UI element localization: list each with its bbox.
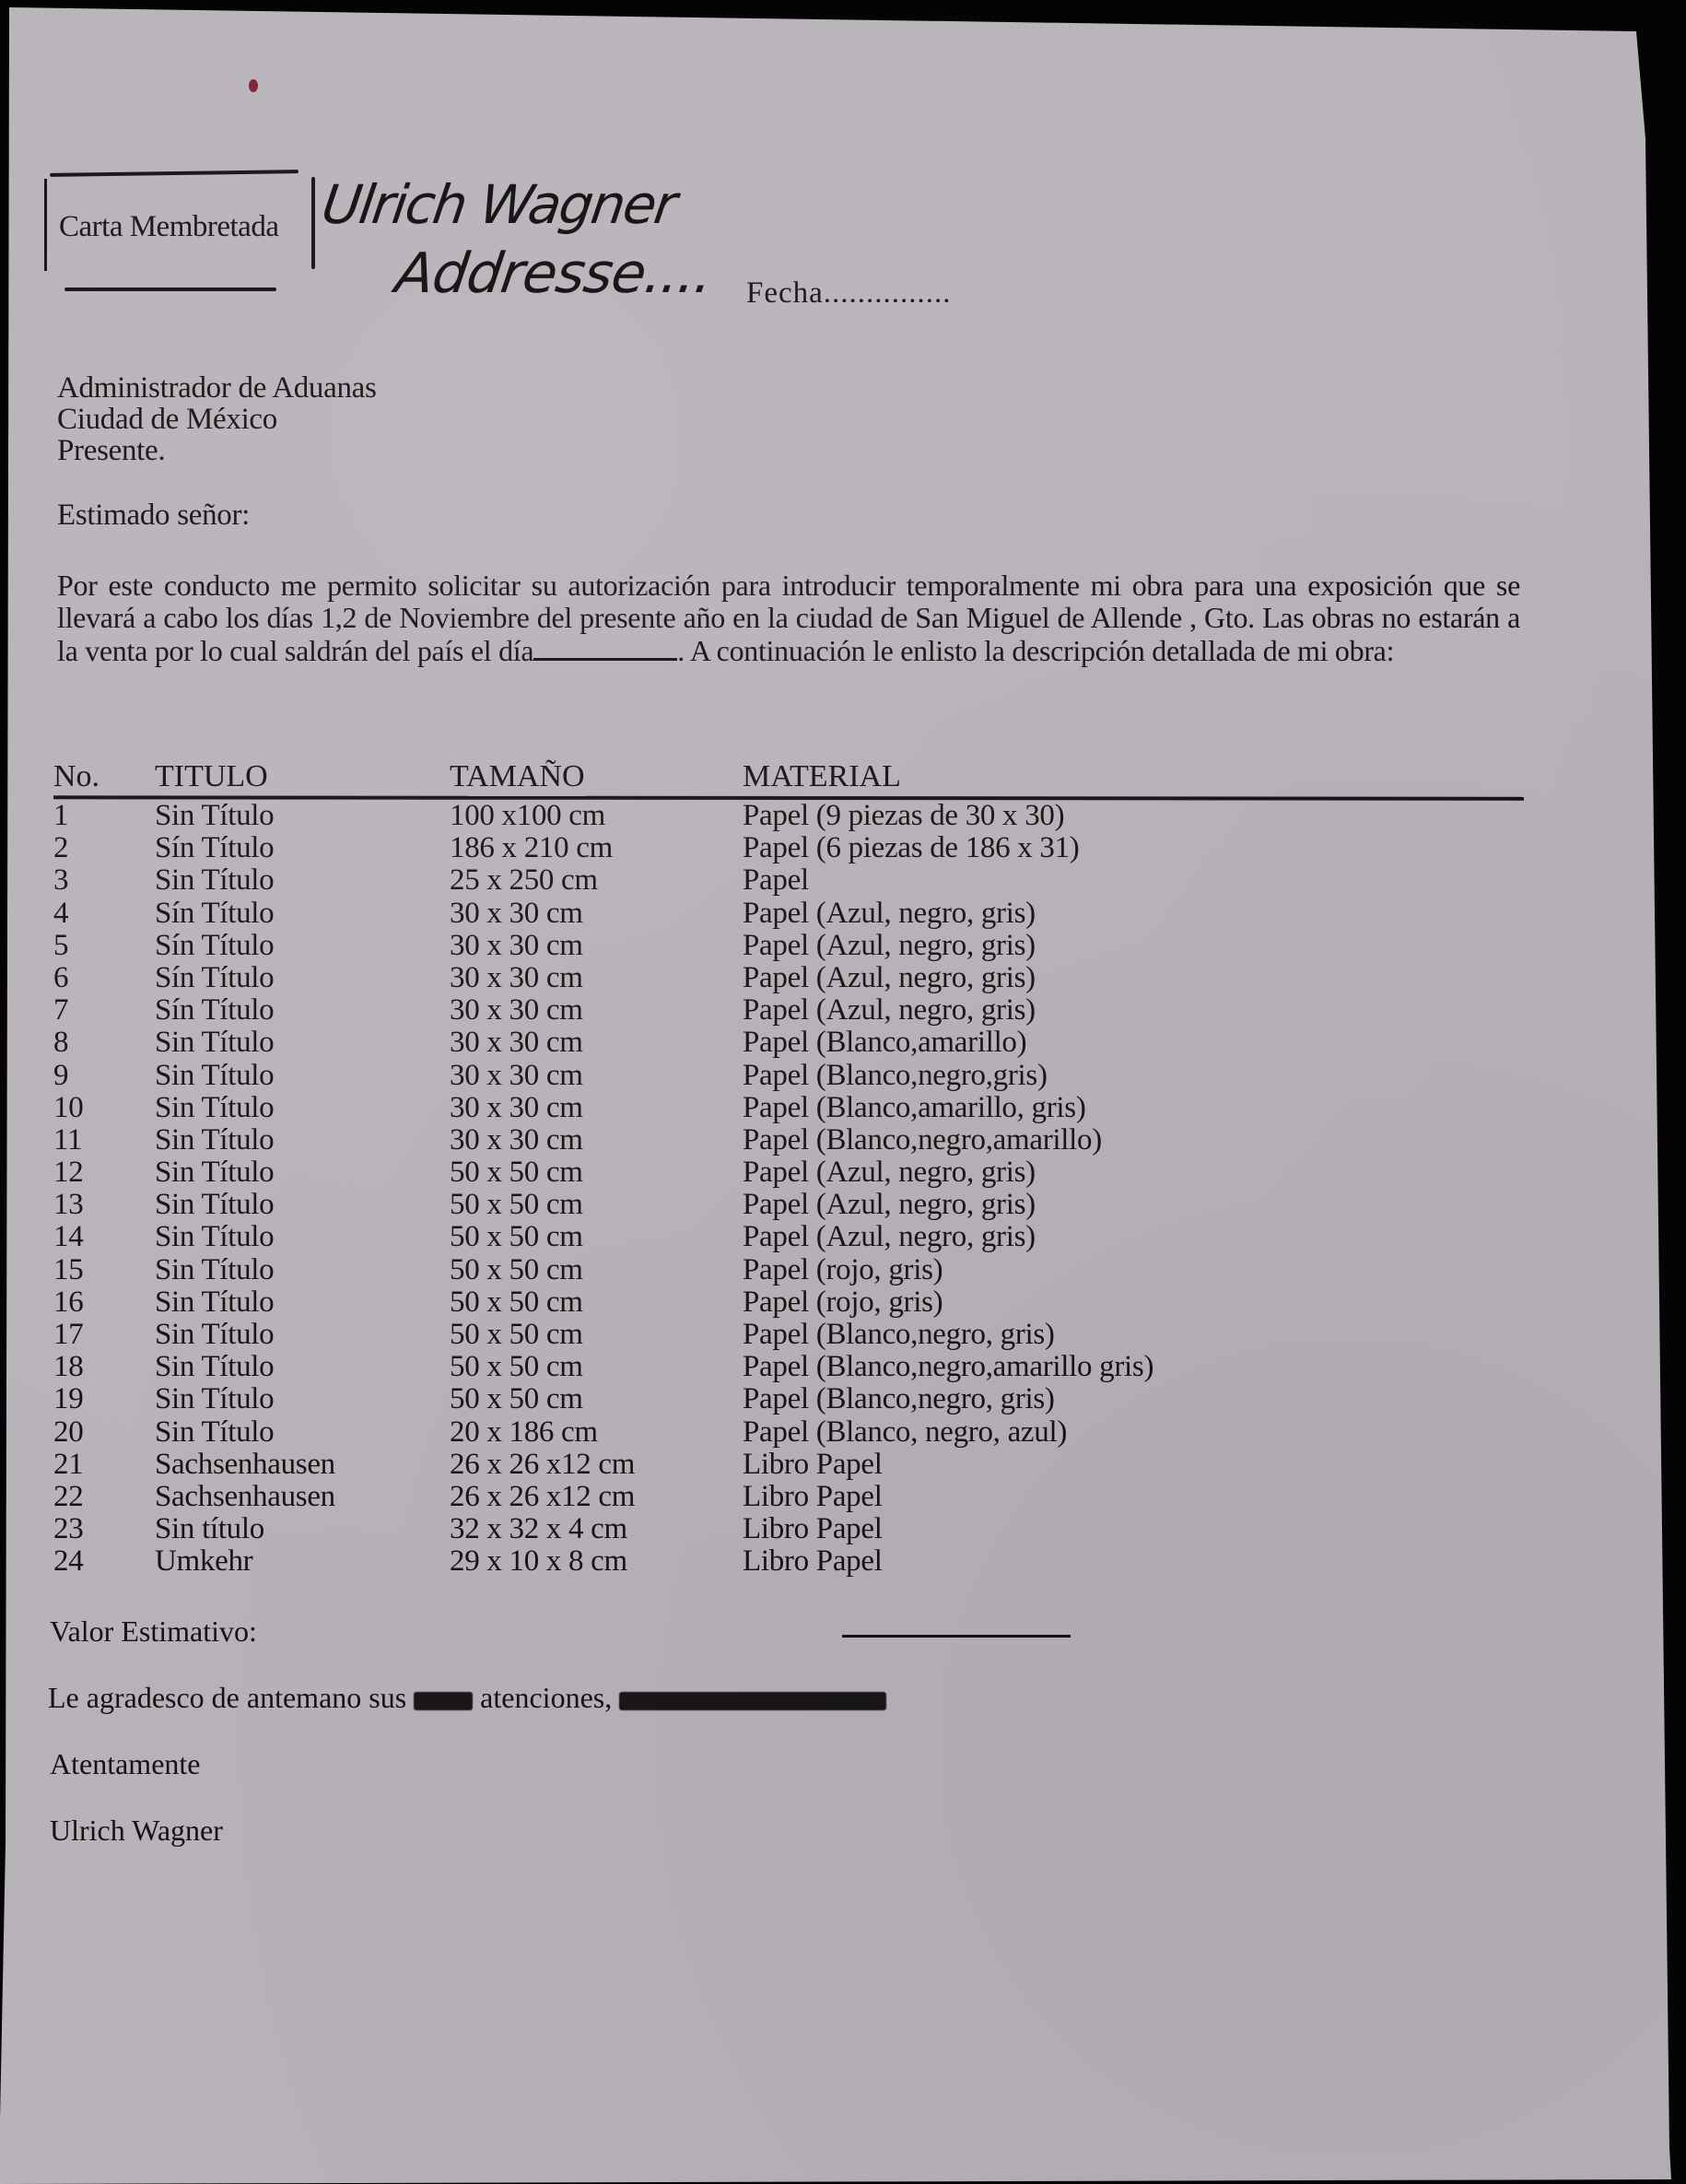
date-field: Fecha............... [746, 276, 952, 311]
cell-material: Papel (Blanco,negro, gris) [743, 1383, 1524, 1415]
cell-title: Sin Título [155, 1383, 450, 1415]
table-row: 14Sin Título50 x 50 cmPapel (Azul, negro… [53, 1221, 1524, 1253]
cell-material: Papel (rojo, gris) [743, 1254, 1524, 1286]
cell-no: 10 [53, 1092, 155, 1124]
header-material: MATERIAL [743, 759, 1524, 794]
closing: Atentamente [50, 1747, 200, 1781]
cell-title: Sin título [155, 1513, 450, 1545]
cell-title: Sin Título [155, 1124, 450, 1157]
cell-material: Libro Papel [743, 1449, 1524, 1481]
table-body: 1Sin Título100 x100 cmPapel (9 piezas de… [53, 800, 1524, 1579]
cell-material: Libro Papel [743, 1481, 1524, 1513]
header-title: TITULO [155, 759, 450, 794]
cell-no: 14 [53, 1221, 155, 1253]
cell-no: 2 [53, 832, 155, 864]
cell-size: 30 x 30 cm [450, 962, 743, 994]
table-row: 13Sin Título50 x 50 cmPapel (Azul, negro… [53, 1189, 1524, 1221]
cell-no: 24 [53, 1545, 155, 1578]
table-row: 11Sin Título30 x 30 cmPapel (Blanco,negr… [53, 1124, 1524, 1157]
cell-no: 11 [53, 1124, 155, 1157]
cell-material: Papel (Blanco,negro, gris) [743, 1319, 1524, 1351]
thanks-text: Le agradesco de antemano sus [48, 1681, 406, 1714]
cell-no: 21 [53, 1449, 155, 1481]
body-text-part2: . A continuación le enlisto la descripci… [677, 634, 1394, 667]
handwritten-address: Addresse.... [392, 241, 716, 306]
thanks-text-2: atenciones, [480, 1681, 612, 1714]
cell-size: 50 x 50 cm [450, 1189, 743, 1221]
cell-title: Sin Título [155, 1416, 450, 1449]
cell-size: 20 x 186 cm [450, 1416, 743, 1449]
cell-no: 7 [53, 994, 155, 1027]
cell-no: 13 [53, 1189, 155, 1221]
recipient-line: Ciudad de México [57, 404, 377, 435]
cell-title: Sin Título [155, 1157, 450, 1189]
table-row: 15Sin Título50 x 50 cmPapel (rojo, gris) [53, 1254, 1524, 1286]
cell-title: Sachsenhausen [155, 1481, 450, 1513]
letter-page: Carta Membretada Ulrich Wagner Addresse.… [0, 0, 1686, 2184]
cell-material: Papel (6 piezas de 186 x 31) [743, 832, 1524, 864]
cell-no: 19 [53, 1383, 155, 1415]
cell-title: Sin Título [155, 1189, 450, 1221]
cell-material: Papel (9 piezas de 30 x 30) [743, 800, 1524, 832]
cell-title: Sin Título [155, 1319, 450, 1351]
cell-title: Sin Título [155, 1254, 450, 1286]
cell-material: Papel (Blanco,negro,amarillo gris) [743, 1351, 1524, 1383]
cell-no: 16 [53, 1286, 155, 1319]
handwritten-name: Ulrich Wagner [318, 173, 679, 236]
header-no: No. [53, 759, 155, 794]
table-row: 5Sín Título30 x 30 cmPapel (Azul, negro,… [53, 930, 1524, 962]
cell-material: Papel [743, 864, 1524, 897]
table-row: 2Sín Título186 x 210 cmPapel (6 piezas d… [53, 832, 1524, 864]
cell-material: Papel (Azul, negro, gris) [743, 962, 1524, 994]
cell-size: 26 x 26 x12 cm [450, 1481, 743, 1513]
table-row: 22Sachsenhausen26 x 26 x12 cmLibro Papel [53, 1481, 1524, 1513]
table-row: 7Sín Título30 x 30 cmPapel (Azul, negro,… [53, 994, 1524, 1027]
header-rule [53, 795, 1524, 800]
cell-material: Libro Papel [743, 1545, 1524, 1578]
table-row: 9Sin Título30 x 30 cmPapel (Blanco,negro… [53, 1060, 1524, 1092]
table-row: 4Sín Título30 x 30 cmPapel (Azul, negro,… [53, 898, 1524, 930]
table-row: 18Sin Título50 x 50 cmPapel (Blanco,negr… [53, 1351, 1524, 1383]
cell-size: 50 x 50 cm [450, 1221, 743, 1253]
table-row: 10Sin Título30 x 30 cmPapel (Blanco,amar… [53, 1092, 1524, 1124]
table-row: 8Sin Título30 x 30 cmPapel (Blanco,amari… [53, 1027, 1524, 1059]
cell-material: Papel (Blanco,amarillo) [743, 1027, 1524, 1059]
table-row: 24Umkehr29 x 10 x 8 cmLibro Papel [53, 1545, 1524, 1578]
cell-size: 50 x 50 cm [450, 1254, 743, 1286]
recipient-line: Presente. [57, 435, 377, 466]
cell-size: 50 x 50 cm [450, 1157, 743, 1189]
cell-title: Sín Título [155, 898, 450, 930]
cell-material: Papel (Blanco,amarillo, gris) [743, 1092, 1524, 1124]
cell-no: 8 [53, 1027, 155, 1059]
cell-title: Sín Título [155, 930, 450, 962]
table-row: 6Sín Título30 x 30 cmPapel (Azul, negro,… [53, 962, 1524, 994]
cell-title: Sin Título [155, 800, 450, 832]
cell-no: 9 [53, 1060, 155, 1092]
cell-no: 20 [53, 1416, 155, 1449]
redacted-phrase [619, 1692, 886, 1710]
cell-no: 12 [53, 1157, 155, 1189]
valor-blank-line [842, 1635, 1071, 1638]
cell-size: 30 x 30 cm [450, 1092, 743, 1124]
table-row: 16Sin Título50 x 50 cmPapel (rojo, gris) [53, 1286, 1524, 1319]
letterhead-label: Carta Membretada [59, 210, 278, 244]
cell-size: 30 x 30 cm [450, 994, 743, 1027]
artwork-table: No. TITULO TAMAÑO MATERIAL 1Sin Título10… [53, 754, 1524, 1579]
recipient-block: Administrador de Aduanas Ciudad de Méxic… [57, 372, 377, 466]
cell-size: 186 x 210 cm [450, 832, 743, 864]
cell-material: Papel (Azul, negro, gris) [743, 1221, 1524, 1253]
cell-size: 25 x 250 cm [450, 864, 743, 897]
letterhead-top-line [50, 170, 299, 177]
cell-no: 3 [53, 864, 155, 897]
cell-title: Sin Título [155, 1221, 450, 1253]
cell-size: 32 x 32 x 4 cm [450, 1513, 743, 1545]
cell-size: 50 x 50 cm [450, 1383, 743, 1415]
cell-title: Sin Título [155, 1027, 450, 1059]
table-row: 19Sin Título50 x 50 cmPapel (Blanco,negr… [53, 1383, 1524, 1415]
cell-material: Papel (Azul, negro, gris) [743, 930, 1524, 962]
cell-size: 30 x 30 cm [450, 1124, 743, 1157]
cell-size: 50 x 50 cm [450, 1319, 743, 1351]
cell-title: Sin Título [155, 1060, 450, 1092]
recipient-line: Administrador de Aduanas [57, 372, 377, 404]
departure-date-blank [533, 634, 677, 661]
cell-size: 26 x 26 x12 cm [450, 1449, 743, 1481]
cell-size: 29 x 10 x 8 cm [450, 1545, 743, 1578]
table-row: 21Sachsenhausen26 x 26 x12 cmLibro Papel [53, 1449, 1524, 1481]
cell-title: Sín Título [155, 962, 450, 994]
cell-material: Papel (Azul, negro, gris) [743, 1157, 1524, 1189]
cell-no: 5 [53, 930, 155, 962]
cell-size: 50 x 50 cm [450, 1351, 743, 1383]
table-row: 23Sin título32 x 32 x 4 cmLibro Papel [53, 1513, 1524, 1545]
table-header: No. TITULO TAMAÑO MATERIAL [53, 754, 1524, 794]
cell-title: Sachsenhausen [155, 1449, 450, 1481]
cell-size: 30 x 30 cm [450, 930, 743, 962]
cell-material: Papel (Blanco,negro,amarillo) [743, 1124, 1524, 1157]
letterhead-placeholder: Carta Membretada [44, 171, 313, 291]
letterhead-bottom-line [64, 288, 276, 291]
cell-size: 30 x 30 cm [450, 898, 743, 930]
cell-no: 22 [53, 1481, 155, 1513]
cell-title: Sín Título [155, 994, 450, 1027]
body-text-part1: Por este conducto me permito solicitar s… [57, 569, 1520, 667]
cell-size: 50 x 50 cm [450, 1286, 743, 1319]
cell-title: Sin Título [155, 1286, 450, 1319]
cell-size: 30 x 30 cm [450, 1027, 743, 1059]
ink-stain [249, 79, 258, 92]
cell-material: Papel (rojo, gris) [743, 1286, 1524, 1319]
cell-title: Umkehr [155, 1545, 450, 1578]
cell-title: Sin Título [155, 864, 450, 897]
table-row: 1Sin Título100 x100 cmPapel (9 piezas de… [53, 800, 1524, 832]
signature-name: Ulrich Wagner [50, 1814, 223, 1848]
letterhead-left-bracket [44, 179, 47, 271]
cell-no: 17 [53, 1319, 155, 1351]
cell-material: Papel (Blanco,negro,gris) [743, 1060, 1524, 1092]
cell-no: 18 [53, 1351, 155, 1383]
cell-title: Sin Título [155, 1092, 450, 1124]
redacted-word [414, 1692, 473, 1710]
table-row: 3Sin Título25 x 250 cmPapel [53, 864, 1524, 897]
cell-no: 1 [53, 800, 155, 832]
cell-material: Papel (Azul, negro, gris) [743, 1189, 1524, 1221]
cell-size: 100 x100 cm [450, 800, 743, 832]
header-size: TAMAÑO [450, 759, 743, 794]
cell-material: Papel (Azul, negro, gris) [743, 898, 1524, 930]
valor-label: Valor Estimativo: [50, 1615, 257, 1649]
thanks-line: Le agradesco de antemano sus atenciones, [48, 1681, 886, 1715]
letterhead-right-bracket [311, 177, 315, 269]
cell-material: Papel (Blanco, negro, azul) [743, 1416, 1524, 1449]
table-row: 12Sin Título50 x 50 cmPapel (Azul, negro… [53, 1157, 1524, 1189]
cell-size: 30 x 30 cm [450, 1060, 743, 1092]
cell-title: Sín Título [155, 832, 450, 864]
table-row: 17Sin Título50 x 50 cmPapel (Blanco,negr… [53, 1319, 1524, 1351]
table-row: 20Sin Título20 x 186 cmPapel (Blanco, ne… [53, 1416, 1524, 1449]
cell-material: Papel (Azul, negro, gris) [743, 994, 1524, 1027]
cell-no: 4 [53, 898, 155, 930]
cell-title: Sin Título [155, 1351, 450, 1383]
greeting: Estimado señor: [57, 499, 250, 531]
cell-no: 23 [53, 1513, 155, 1545]
cell-no: 15 [53, 1254, 155, 1286]
cell-material: Libro Papel [743, 1513, 1524, 1545]
cell-no: 6 [53, 962, 155, 994]
body-paragraph: Por este conducto me permito solicitar s… [57, 569, 1520, 667]
